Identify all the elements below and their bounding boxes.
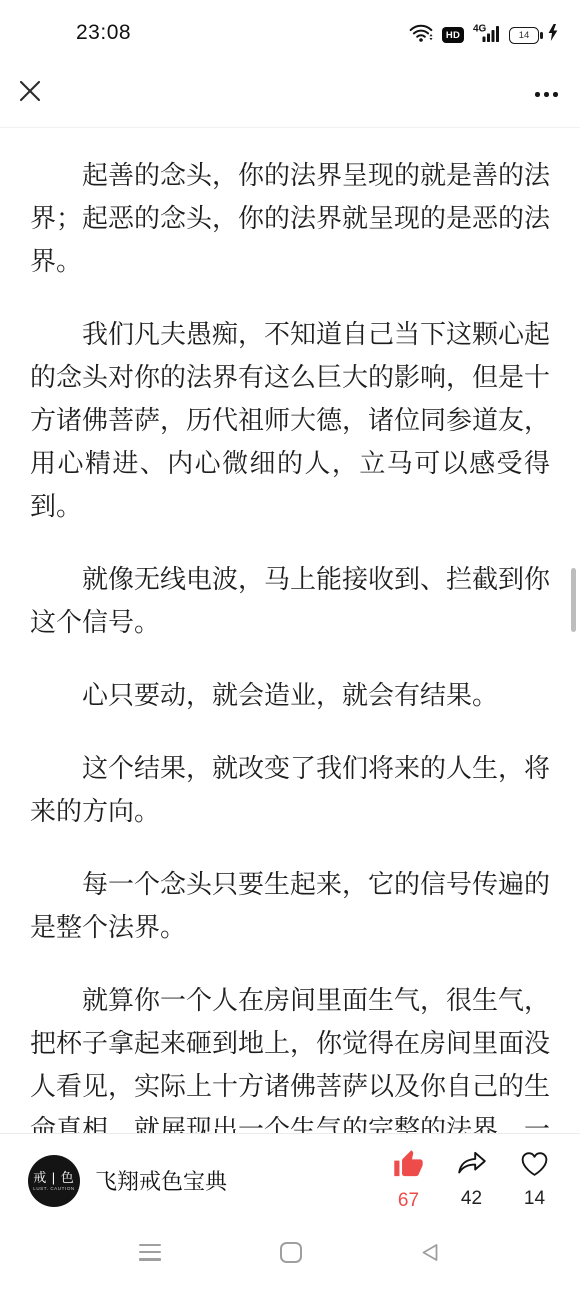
paragraph: 起善的念头，你的法界呈现的就是善的法界；起恶的念头，你的法界就呈现的是恶的法界。: [30, 154, 550, 283]
back-icon[interactable]: [419, 1242, 442, 1268]
paragraph: 我们凡夫愚痴，不知道自己当下这颗心起的念头对你的法界有这么巨大的影响，但是十方诸…: [30, 313, 550, 528]
status-icons: HD 4G 14: [409, 24, 558, 46]
close-icon[interactable]: [17, 78, 43, 104]
favorite-button[interactable]: 14: [503, 1149, 566, 1212]
battery-level: 14: [519, 30, 530, 41]
battery-icon: 14: [509, 27, 539, 44]
paragraph: 每一个念头只要生起来，它的信号传遍的是整个法界。: [30, 863, 550, 949]
article-content[interactable]: 起善的念头，你的法界呈现的就是善的法界；起恶的念头，你的法界就呈现的是恶的法界。…: [0, 128, 580, 1133]
favorite-count: 14: [524, 1188, 545, 1210]
scrollbar-thumb[interactable]: [571, 568, 576, 632]
paragraph: 就像无线电波，马上能接收到、拦截到你这个信号。: [30, 558, 550, 644]
thumbs-up-icon: [392, 1149, 425, 1185]
logo-title: 戒 | 色: [33, 1170, 75, 1185]
logo-subtitle: LUST. CAUTION: [33, 1185, 75, 1192]
share-count: 42: [461, 1188, 482, 1210]
recent-apps-icon[interactable]: [139, 1244, 161, 1261]
account-avatar: 戒 | 色 LUST. CAUTION: [28, 1155, 80, 1207]
like-button[interactable]: 67: [377, 1149, 440, 1212]
heart-icon: [519, 1149, 550, 1183]
android-nav-bar: [0, 1227, 580, 1289]
paragraph: 就算你一个人在房间里面生气，很生气，把杯子拿起来砸到地上，你觉得在房间里面没人看…: [30, 979, 550, 1133]
status-bar: 23:08 HD 4G: [0, 0, 580, 60]
account-name: 飞翔戒色宝典: [95, 1165, 227, 1196]
account-link[interactable]: 戒 | 色 LUST. CAUTION 飞翔戒色宝典: [28, 1155, 227, 1207]
clock: 23:08: [76, 21, 131, 45]
more-options-icon[interactable]: [535, 88, 558, 101]
home-icon[interactable]: [279, 1241, 303, 1269]
charging-icon: [548, 24, 558, 46]
wifi-icon: [409, 23, 433, 48]
share-icon: [456, 1149, 488, 1183]
article-header: [0, 60, 580, 127]
footer-bar: 戒 | 色 LUST. CAUTION 飞翔戒色宝典 67: [0, 1133, 580, 1227]
paragraph: 这个结果，就改变了我们将来的人生，将来的方向。: [30, 747, 550, 833]
share-button[interactable]: 42: [440, 1149, 503, 1212]
action-buttons: 67 42 14: [377, 1149, 566, 1212]
svg-text:4G: 4G: [473, 24, 487, 35]
like-count: 67: [398, 1190, 419, 1212]
phone-screen: 23:08 HD 4G: [0, 0, 580, 1289]
cellular-signal-icon: 4G: [473, 22, 500, 48]
paragraph: 心只要动，就会造业，就会有结果。: [30, 674, 550, 717]
hd-icon: HD: [442, 27, 464, 43]
